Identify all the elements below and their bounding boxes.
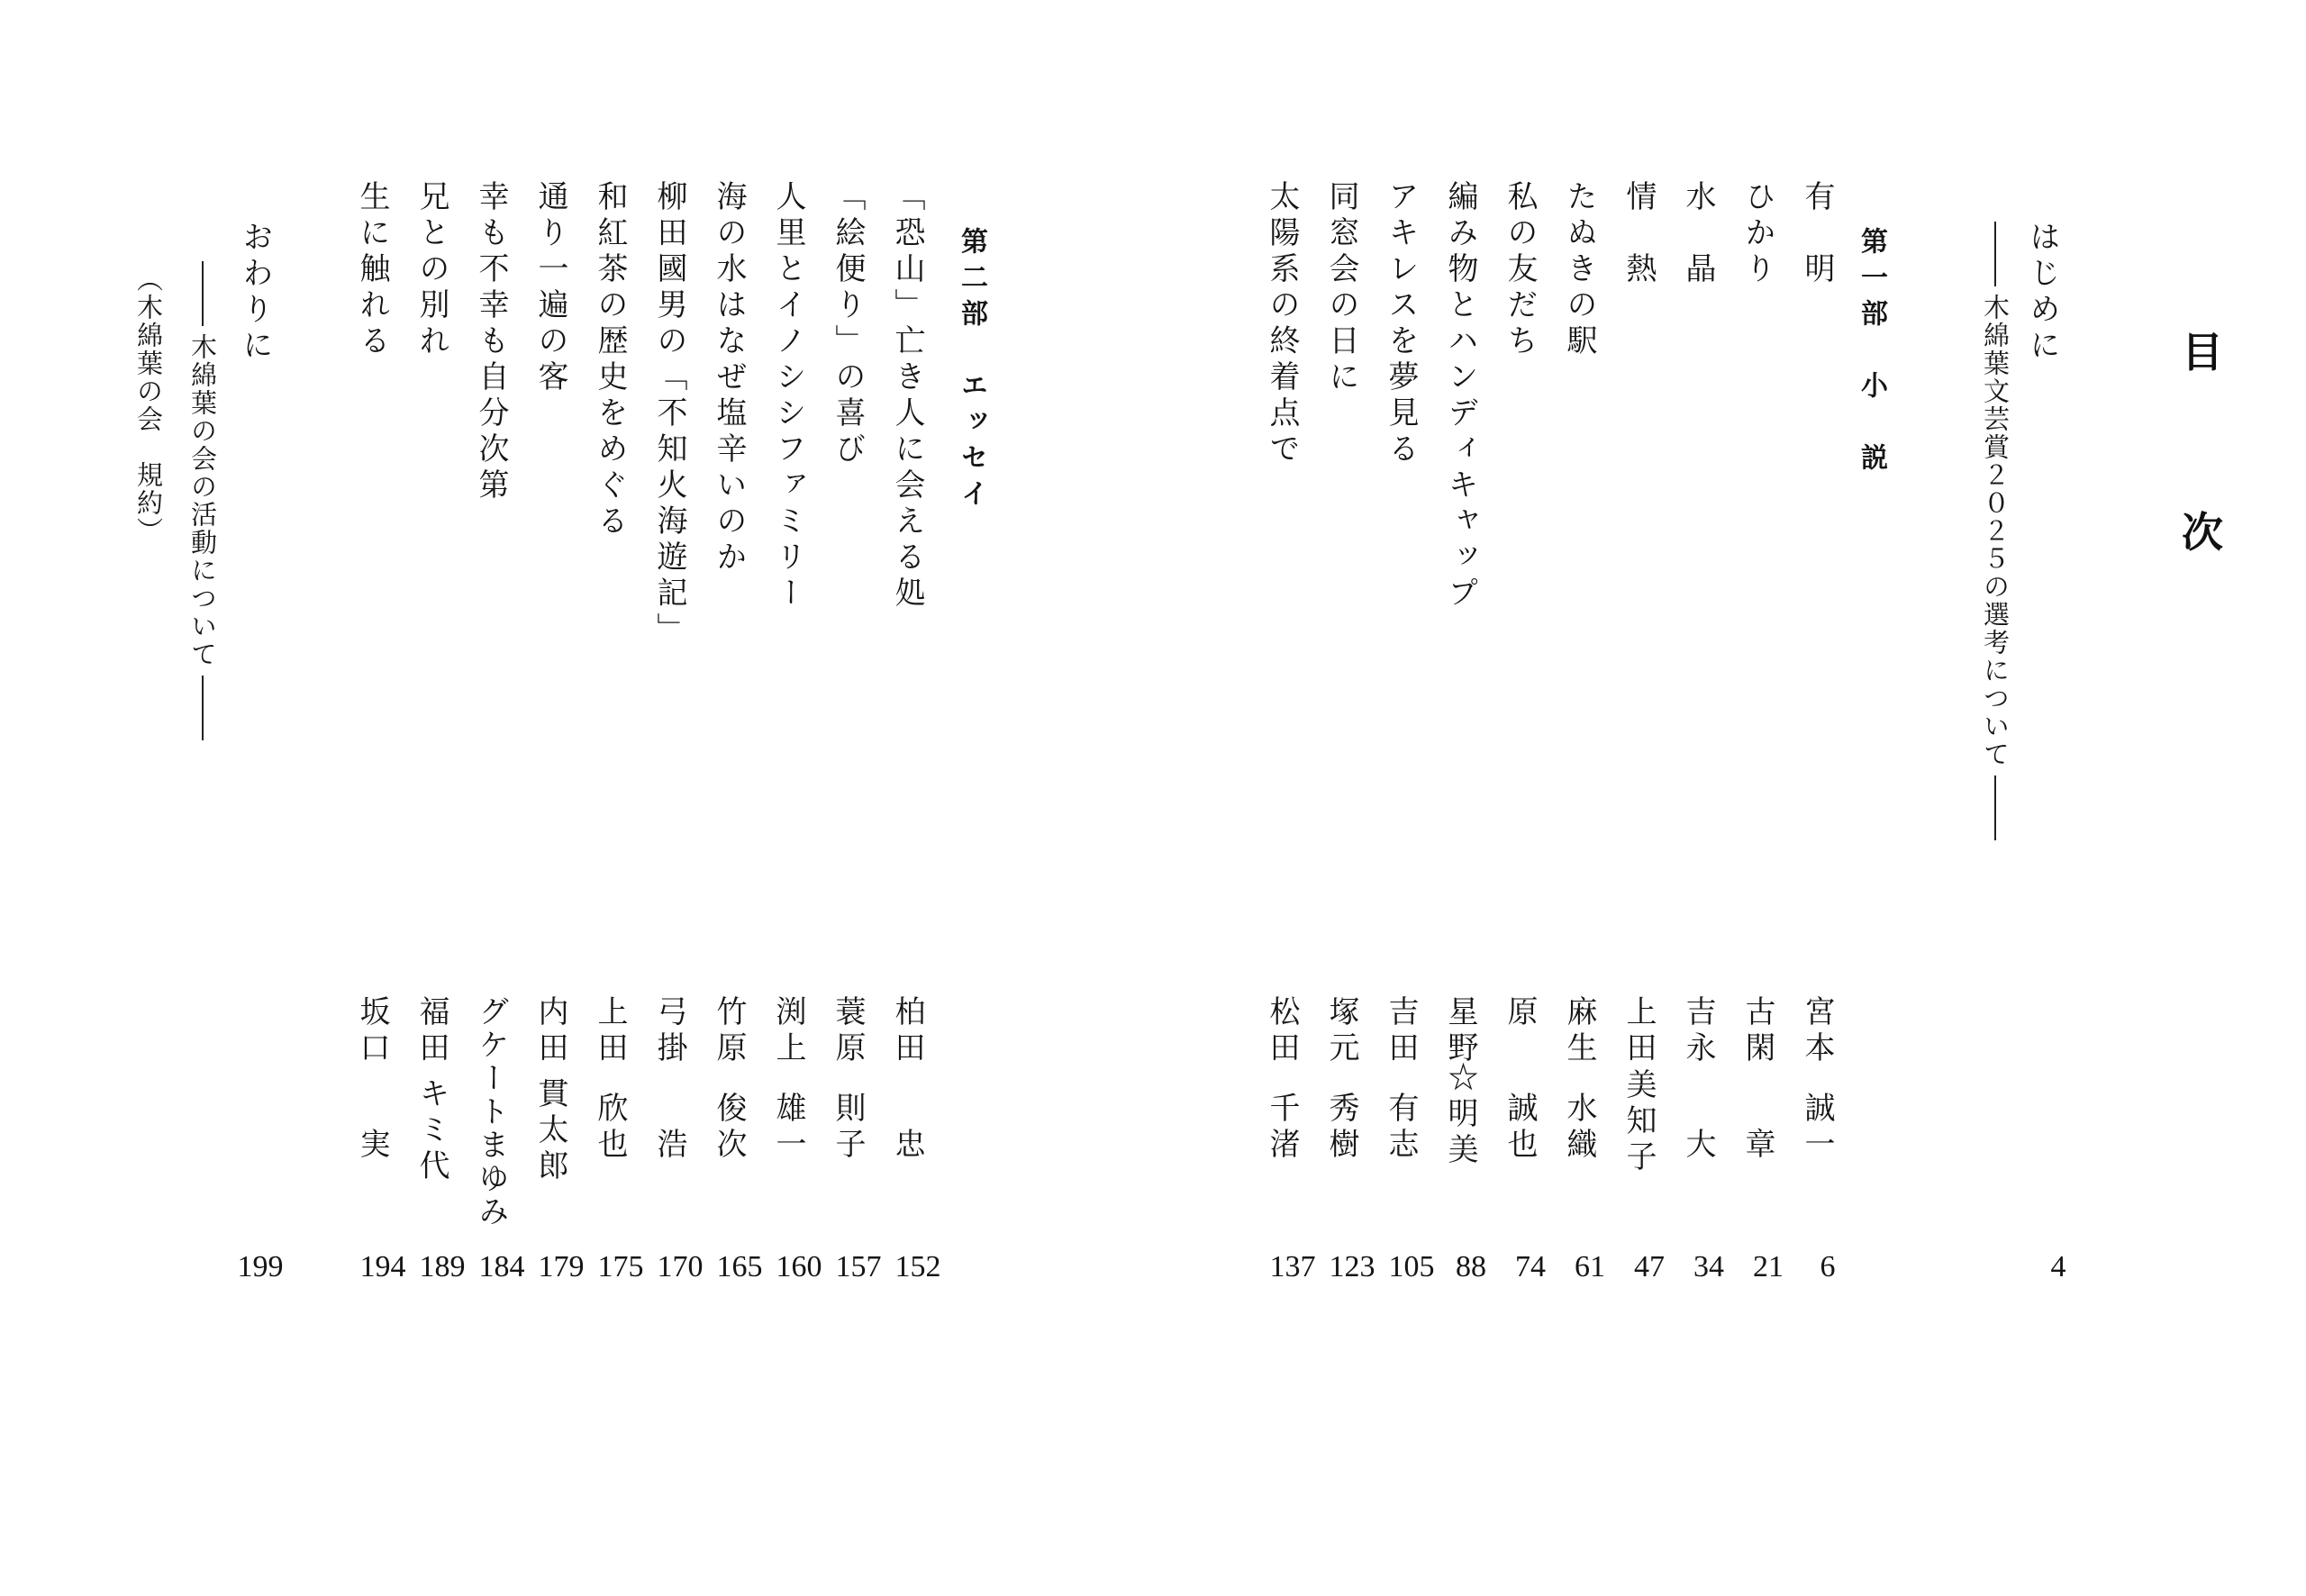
p1-author-family-5: 原: [1504, 995, 1535, 1031]
p2-author-family-9: 坂口: [357, 995, 387, 1067]
p2-title-6[interactable]: 通り一遍の客: [535, 180, 566, 396]
p2-page-4: 170: [649, 1250, 712, 1284]
part2-title: 第二部 エッセイ: [958, 227, 985, 515]
part1-title: 第一部 小 説: [1857, 227, 1884, 479]
em-dash: [1994, 222, 1996, 286]
p1-author-family-0: 宮本: [1802, 995, 1832, 1067]
p1-page-8: 123: [1321, 1250, 1384, 1284]
em-dash: [202, 676, 204, 740]
p2-page-3: 165: [708, 1250, 771, 1284]
p1-author-given-8: 秀樹: [1326, 1092, 1357, 1164]
p2-author-family-8: 福田: [416, 995, 447, 1067]
outro-page: 199: [229, 1250, 292, 1284]
p1-author-family-7: 吉田: [1385, 995, 1416, 1067]
p2-author-family-2: 渕上: [773, 995, 803, 1067]
toc-heading-1: 目: [2182, 320, 2223, 379]
p1-title-8[interactable]: 同窓会の日に: [1326, 180, 1357, 396]
p1-title-7[interactable]: アキレスを夢見る: [1385, 180, 1416, 468]
p2-author-given-8: キミ代: [416, 1077, 447, 1185]
p2-author-family-3: 竹原: [713, 995, 744, 1067]
p2-title-1[interactable]: 「絵便り」の喜び: [832, 180, 863, 468]
p2-author-given-5: 欣也: [595, 1092, 625, 1164]
p1-page-5: 74: [1499, 1250, 1562, 1284]
p2-page-2: 160: [767, 1250, 831, 1284]
toc-heading-2: 次: [2182, 500, 2223, 559]
intro-page: 4: [2027, 1250, 2090, 1284]
outro-title[interactable]: おわりに: [240, 221, 270, 365]
p1-page-1: 21: [1737, 1250, 1800, 1284]
p1-page-9: 137: [1261, 1250, 1324, 1284]
p2-author-given-6: 貫太郎: [535, 1077, 566, 1185]
p1-author-family-8: 塚元: [1326, 995, 1357, 1067]
p2-title-5[interactable]: 和紅茶の歴史をめぐる: [595, 180, 625, 540]
p1-author-family-1: 古閑: [1742, 995, 1773, 1067]
p1-author-family-6: 星野: [1445, 995, 1475, 1067]
p2-page-1: 157: [827, 1250, 890, 1284]
p1-title-6[interactable]: 編み物とハンディキャップ: [1445, 180, 1475, 612]
p2-author-given-0: 忠: [892, 1128, 922, 1164]
p1-page-3: 47: [1618, 1250, 1681, 1284]
p2-title-9[interactable]: 生に触れる: [357, 180, 387, 360]
p1-author-given-3: 美知子: [1623, 1068, 1654, 1176]
p2-page-5: 175: [589, 1250, 652, 1284]
p2-page-8: 189: [411, 1250, 474, 1284]
p2-title-4[interactable]: 柳田國男の「不知火海遊記」: [654, 180, 685, 648]
p1-title-1[interactable]: ひかり: [1742, 180, 1773, 288]
p2-author-family-1: 蓑原: [832, 995, 863, 1067]
outro-subtitle-text: 木綿葉の会の活動について: [187, 333, 218, 668]
p1-author-family-2: 吉永: [1683, 995, 1713, 1067]
p2-title-2[interactable]: 人里とイノシシファミリー: [773, 180, 803, 612]
p2-author-given-9: 実: [357, 1128, 387, 1164]
p1-author-family-9: 松田: [1266, 995, 1297, 1067]
p1-author-family-4: 麻生: [1564, 995, 1594, 1067]
p1-title-9[interactable]: 太陽系の終着点で: [1266, 180, 1297, 468]
p1-author-given-1: 章: [1742, 1128, 1773, 1164]
outro-subtitle: 木綿葉の会の活動について: [189, 254, 215, 748]
p2-author-family-0: 柏田: [892, 995, 922, 1067]
p1-author-given-5: 誠也: [1504, 1092, 1535, 1164]
p1-page-6: 88: [1439, 1250, 1503, 1284]
intro-title[interactable]: はじめに: [2027, 221, 2057, 365]
p2-author-given-2: 雄一: [773, 1092, 803, 1164]
p2-title-0[interactable]: 「恐山」亡き人に会える処: [892, 180, 922, 612]
em-dash: [202, 261, 204, 326]
p2-page-9: 194: [351, 1250, 414, 1284]
intro-subtitle: 木綿葉文芸賞２０２５の選考について: [1982, 214, 2008, 848]
p1-title-3[interactable]: 情 熱: [1623, 180, 1654, 288]
intro-subtitle-text: 木綿葉文芸賞２０２５の選考について: [1980, 294, 2011, 768]
p1-page-0: 6: [1796, 1250, 1859, 1284]
p1-author-given-4: 水織: [1564, 1092, 1594, 1164]
p1-title-5[interactable]: 私の友だち: [1504, 180, 1535, 360]
p2-title-3[interactable]: 海の水はなぜ塩辛いのか: [713, 180, 744, 576]
p2-author-given-1: 則子: [832, 1092, 863, 1164]
p2-author-family-5: 上田: [595, 995, 625, 1067]
p1-author-given-0: 誠一: [1802, 1092, 1832, 1164]
p1-title-0[interactable]: 有 明: [1802, 180, 1832, 288]
p2-title-8[interactable]: 兄との別れ: [416, 180, 447, 360]
p2-author-given-3: 俊次: [713, 1092, 744, 1164]
p2-author-family-6: 内田: [535, 995, 566, 1067]
p2-author-given-4: 浩: [654, 1128, 685, 1164]
p1-page-2: 34: [1677, 1250, 1740, 1284]
p2-author-family-7: グケートまゆみ: [476, 995, 506, 1229]
p2-page-0: 152: [886, 1250, 949, 1284]
p2-page-7: 184: [470, 1250, 533, 1284]
em-dash: [1994, 775, 1996, 840]
p1-title-4[interactable]: たぬきの駅: [1564, 180, 1594, 360]
outro-note: （木綿葉の会 規約）: [135, 266, 161, 545]
p2-title-7[interactable]: 幸も不幸も自分次第: [476, 180, 506, 504]
p1-author-given-7: 有志: [1385, 1092, 1416, 1164]
p1-author-given-2: 大: [1683, 1128, 1713, 1164]
p1-author-family-3: 上田: [1623, 995, 1654, 1067]
p1-author-given-9: 千渚: [1266, 1092, 1297, 1164]
p1-page-7: 105: [1380, 1250, 1443, 1284]
p1-page-4: 61: [1558, 1250, 1621, 1284]
p1-author-given-6: ☆明美: [1445, 1061, 1475, 1169]
p2-author-family-4: 弓掛: [654, 995, 685, 1067]
p2-page-6: 179: [530, 1250, 593, 1284]
p1-title-2[interactable]: 水 晶: [1683, 180, 1713, 288]
